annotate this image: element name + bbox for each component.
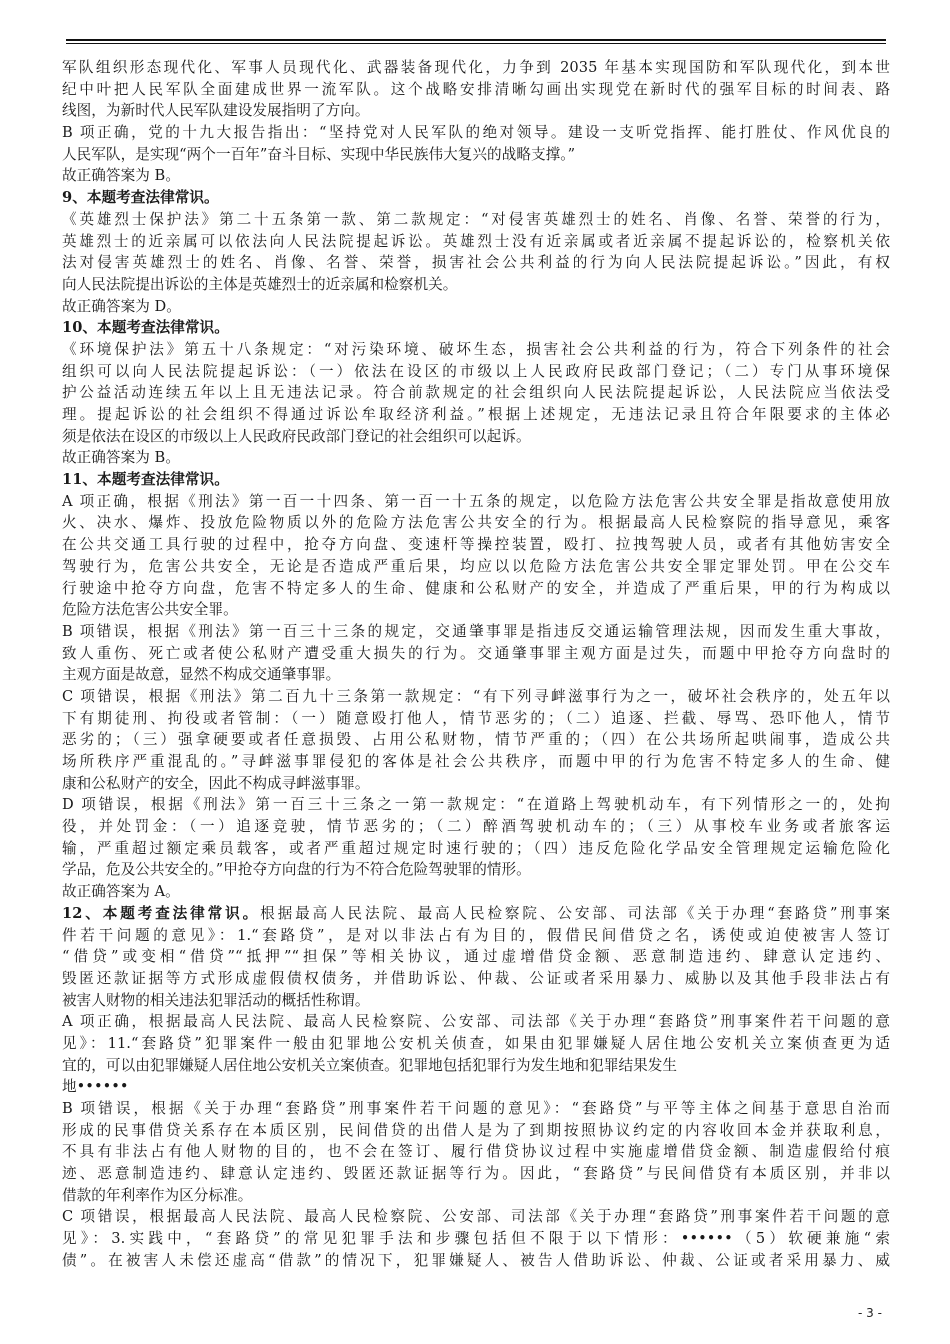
paragraph-line: 驾驶行为，危害公共安全，无论是否造成严重后果，均应以以危险方法危害公共安全罪定罪… bbox=[62, 556, 890, 578]
paragraph-line: 线图，为新时代人民军队建设发展指明了方向。 bbox=[62, 100, 890, 122]
question-heading: 10、本题考查法律常识。 bbox=[62, 317, 890, 339]
paragraph-line: 下有期徒刑、拘役或者管制：（一）随意殴打他人，情节恶劣的；（二）追逐、拦截、辱骂… bbox=[62, 708, 890, 730]
paragraph-line: 毁匿还款证据等方式形成虚假债权债务，并借助诉讼、仲裁、公证或者采用暴力、威胁以及… bbox=[62, 968, 890, 990]
paragraph-line: 役，并处罚金：（一）追逐竞驶，情节恶劣的；（二）醉酒驾驶机动车的；（三）从事校车… bbox=[62, 816, 890, 838]
paragraph-line: 借款的年利率作为区分标准。 bbox=[62, 1185, 890, 1207]
question-heading: 12、本题考查法律常识。 bbox=[62, 905, 260, 922]
paragraph-line: A 项正确，根据最高人民法院、最高人民检察院、公安部、司法部《关于办理“套路贷”… bbox=[62, 1011, 890, 1033]
paragraph-line: 危险方法危害公共安全罪。 bbox=[62, 599, 890, 621]
paragraph-line: 主观方面是故意，显然不构成交通肇事罪。 bbox=[62, 664, 890, 686]
answer-line: 故正确答案为 A。 bbox=[62, 881, 890, 903]
paragraph-line: 理。提起诉讼的社会组织不得通过诉讼牟取经济利益。”根据上述规定，无违法记录且符合… bbox=[62, 404, 890, 426]
paragraph-line: 见》：11.“套路贷”犯罪案件一般由犯罪地公安机关侦查，如果由犯罪嫌疑人居住地公… bbox=[62, 1033, 890, 1055]
paragraph-line: “借贷”或变相“借贷”“抵押”“担保”等相关协议，通过虚增借贷金额、恶意制造违约… bbox=[62, 946, 890, 968]
paragraph-line: D 项错误，根据《刑法》第一百三十三条之一第一款规定：“在道路上驾驶机动车，有下… bbox=[62, 794, 890, 816]
paragraph-line: 恶劣的；（三）强拿硬要或者任意损毁、占用公私财物，情节严重的；（四）在公共场所起… bbox=[62, 729, 890, 751]
answer-line: 故正确答案为 B。 bbox=[62, 165, 890, 187]
paragraph-line: 护公益活动连续五年以上且无违法记录。符合前款规定的社会组织向人民法院提起诉讼，人… bbox=[62, 382, 890, 404]
paragraph-line: 英雄烈士的近亲属可以依法向人民法院提起诉讼。英雄烈士没有近亲属或者近亲属不提起诉… bbox=[62, 231, 890, 253]
paragraph-line: 形成的民事借贷关系存在本质区别，民间借贷的出借人是为了到期按照协议约定的内容收回… bbox=[62, 1120, 890, 1142]
header-rule-thin bbox=[66, 43, 886, 44]
header-rule-thick bbox=[66, 39, 886, 41]
paragraph-line: 地•••••• bbox=[62, 1076, 890, 1098]
paragraph-line: 《环境保护法》第五十八条规定：“对污染环境、破坏生态，损害社会公共利益的行为，符… bbox=[62, 339, 890, 361]
paragraph-line: 不具有非法占有他人财物的目的，也不会在签订、履行借贷协议过程中实施虚增借贷金额、… bbox=[62, 1141, 890, 1163]
paragraph-line: 在公共交通工具行驶的过程中，抢夺方向盘、变速杆等操控装置，殴打、拉拽驾驶人员，或… bbox=[62, 534, 890, 556]
paragraph-line: 学品，危及公共安全的。”甲抢夺方向盘的行为不符合危险驾驶罪的情形。 bbox=[62, 859, 890, 881]
paragraph-line: 见》：3.实践中，“套路贷”的常见犯罪手法和步骤包括但不限于以下情形：•••••… bbox=[62, 1228, 890, 1250]
paragraph-line: 纪中叶把人民军队全面建成世界一流军队。这个战略安排清晰勾画出实现党在新时代的强军… bbox=[62, 79, 890, 101]
paragraph-line: C 项错误，根据最高人民法院、最高人民检察院、公安部、司法部《关于办理“套路贷”… bbox=[62, 1206, 890, 1228]
paragraph-line: 军队组织形态现代化、军事人员现代化、武器装备现代化，力争到 2035 年基本实现… bbox=[62, 57, 890, 79]
paragraph-line: 《英雄烈士保护法》第二十五条第一款、第二款规定：“对侵害英雄烈士的姓名、肖像、名… bbox=[62, 209, 890, 231]
paragraph-line: 须是依法在设区的市级以上人民政府民政部门登记的社会组织可以起诉。 bbox=[62, 426, 890, 448]
answer-line: 故正确答案为 B。 bbox=[62, 447, 890, 469]
paragraph-line: A 项正确，根据《刑法》第一百一十四条、第一百一十五条的规定，以危险方法危害公共… bbox=[62, 491, 890, 513]
paragraph-line: 迹、恶意制造违约、肆意认定违约、毁匿还款证据等行为。因此，“套路贷”与民间借贷有… bbox=[62, 1163, 890, 1185]
paragraph-line: 件若干问题的意见》：1.“套路贷”，是对以非法占有为目的，假借民间借贷之名，诱使… bbox=[62, 925, 890, 947]
paragraph-line: 人民军队，是实现“两个一百年”奋斗目标、实现中华民族伟大复兴的战略支撑。” bbox=[62, 144, 890, 166]
paragraph-line: 宜的，可以由犯罪嫌疑人居住地公安机关立案侦查。犯罪地包括犯罪行为发生地和犯罪结果… bbox=[62, 1055, 890, 1077]
paragraph-line: B 项错误，根据《关于办理“套路贷”刑事案件若干问题的意见》：“套路贷”与平等主… bbox=[62, 1098, 890, 1120]
paragraph-line: 向人民法院提出诉讼的主体是英雄烈士的近亲属和检察机关。 bbox=[62, 274, 890, 296]
paragraph-text: 根据最高人民法院、最高人民检察院、公安部、司法部《关于办理“套路贷”刑事案 bbox=[260, 905, 890, 922]
question-heading: 11、本题考查法律常识。 bbox=[62, 469, 890, 491]
paragraph-line: C 项错误，根据《刑法》第二百九十三条第一款规定：“有下列寻衅滋事行为之一，破坏… bbox=[62, 686, 890, 708]
document-body: 军队组织形态现代化、军事人员现代化、武器装备现代化，力争到 2035 年基本实现… bbox=[62, 57, 890, 1272]
paragraph-line: 输，严重超过额定乘员载客，或者严重超过规定时速行驶的；（四）违反危险化学品安全管… bbox=[62, 838, 890, 860]
question-heading-line: 12、本题考查法律常识。根据最高人民法院、最高人民检察院、公安部、司法部《关于办… bbox=[62, 903, 890, 925]
page-number: - 3 - bbox=[858, 1306, 882, 1320]
paragraph-line: 行驶途中抢夺方向盘，危害不特定多人的生命、健康和公私财产的安全，并造成了严重后果… bbox=[62, 578, 890, 600]
paragraph-line: 法对侵害英雄烈士的姓名、肖像、名誉、荣誉，损害社会公共利益的行为向人民法院提起诉… bbox=[62, 252, 890, 274]
paragraph-line: 火、决水、爆炸、投放危险物质以外的危险方法危害公共安全的行为。根据最高人民检察院… bbox=[62, 512, 890, 534]
header-double-rule bbox=[66, 39, 886, 45]
answer-line: 故正确答案为 D。 bbox=[62, 296, 890, 318]
paragraph-line: 致人重伤、死亡或者使公私财产遭受重大损失的行为。交通肇事罪主观方面是过失，而题中… bbox=[62, 643, 890, 665]
paragraph-line: 组织可以向人民法院提起诉讼：（一）依法在设区的市级以上人民政府民政部门登记；（二… bbox=[62, 361, 890, 383]
paragraph-line: 康和公私财产的安全，因此不构成寻衅滋事罪。 bbox=[62, 773, 890, 795]
paragraph-line: 场所秩序严重混乱的。”寻衅滋事罪侵犯的客体是社会公共秩序，而题中甲的行为危害不特… bbox=[62, 751, 890, 773]
paragraph-line: B 项错误，根据《刑法》第一百三十三条的规定，交通肇事罪是指违反交通运输管理法规… bbox=[62, 621, 890, 643]
question-heading: 9、本题考查法律常识。 bbox=[62, 187, 890, 209]
paragraph-line: B 项正确，党的十九大报告指出：“坚持党对人民军队的绝对领导。建设一支听党指挥、… bbox=[62, 122, 890, 144]
paragraph-line: 被害人财物的相关违法犯罪活动的概括性称谓。 bbox=[62, 990, 890, 1012]
paragraph-line: 债”。在被害人未偿还虚高“借款”的情况下，犯罪嫌疑人、被告人借助诉讼、仲裁、公证… bbox=[62, 1250, 890, 1272]
